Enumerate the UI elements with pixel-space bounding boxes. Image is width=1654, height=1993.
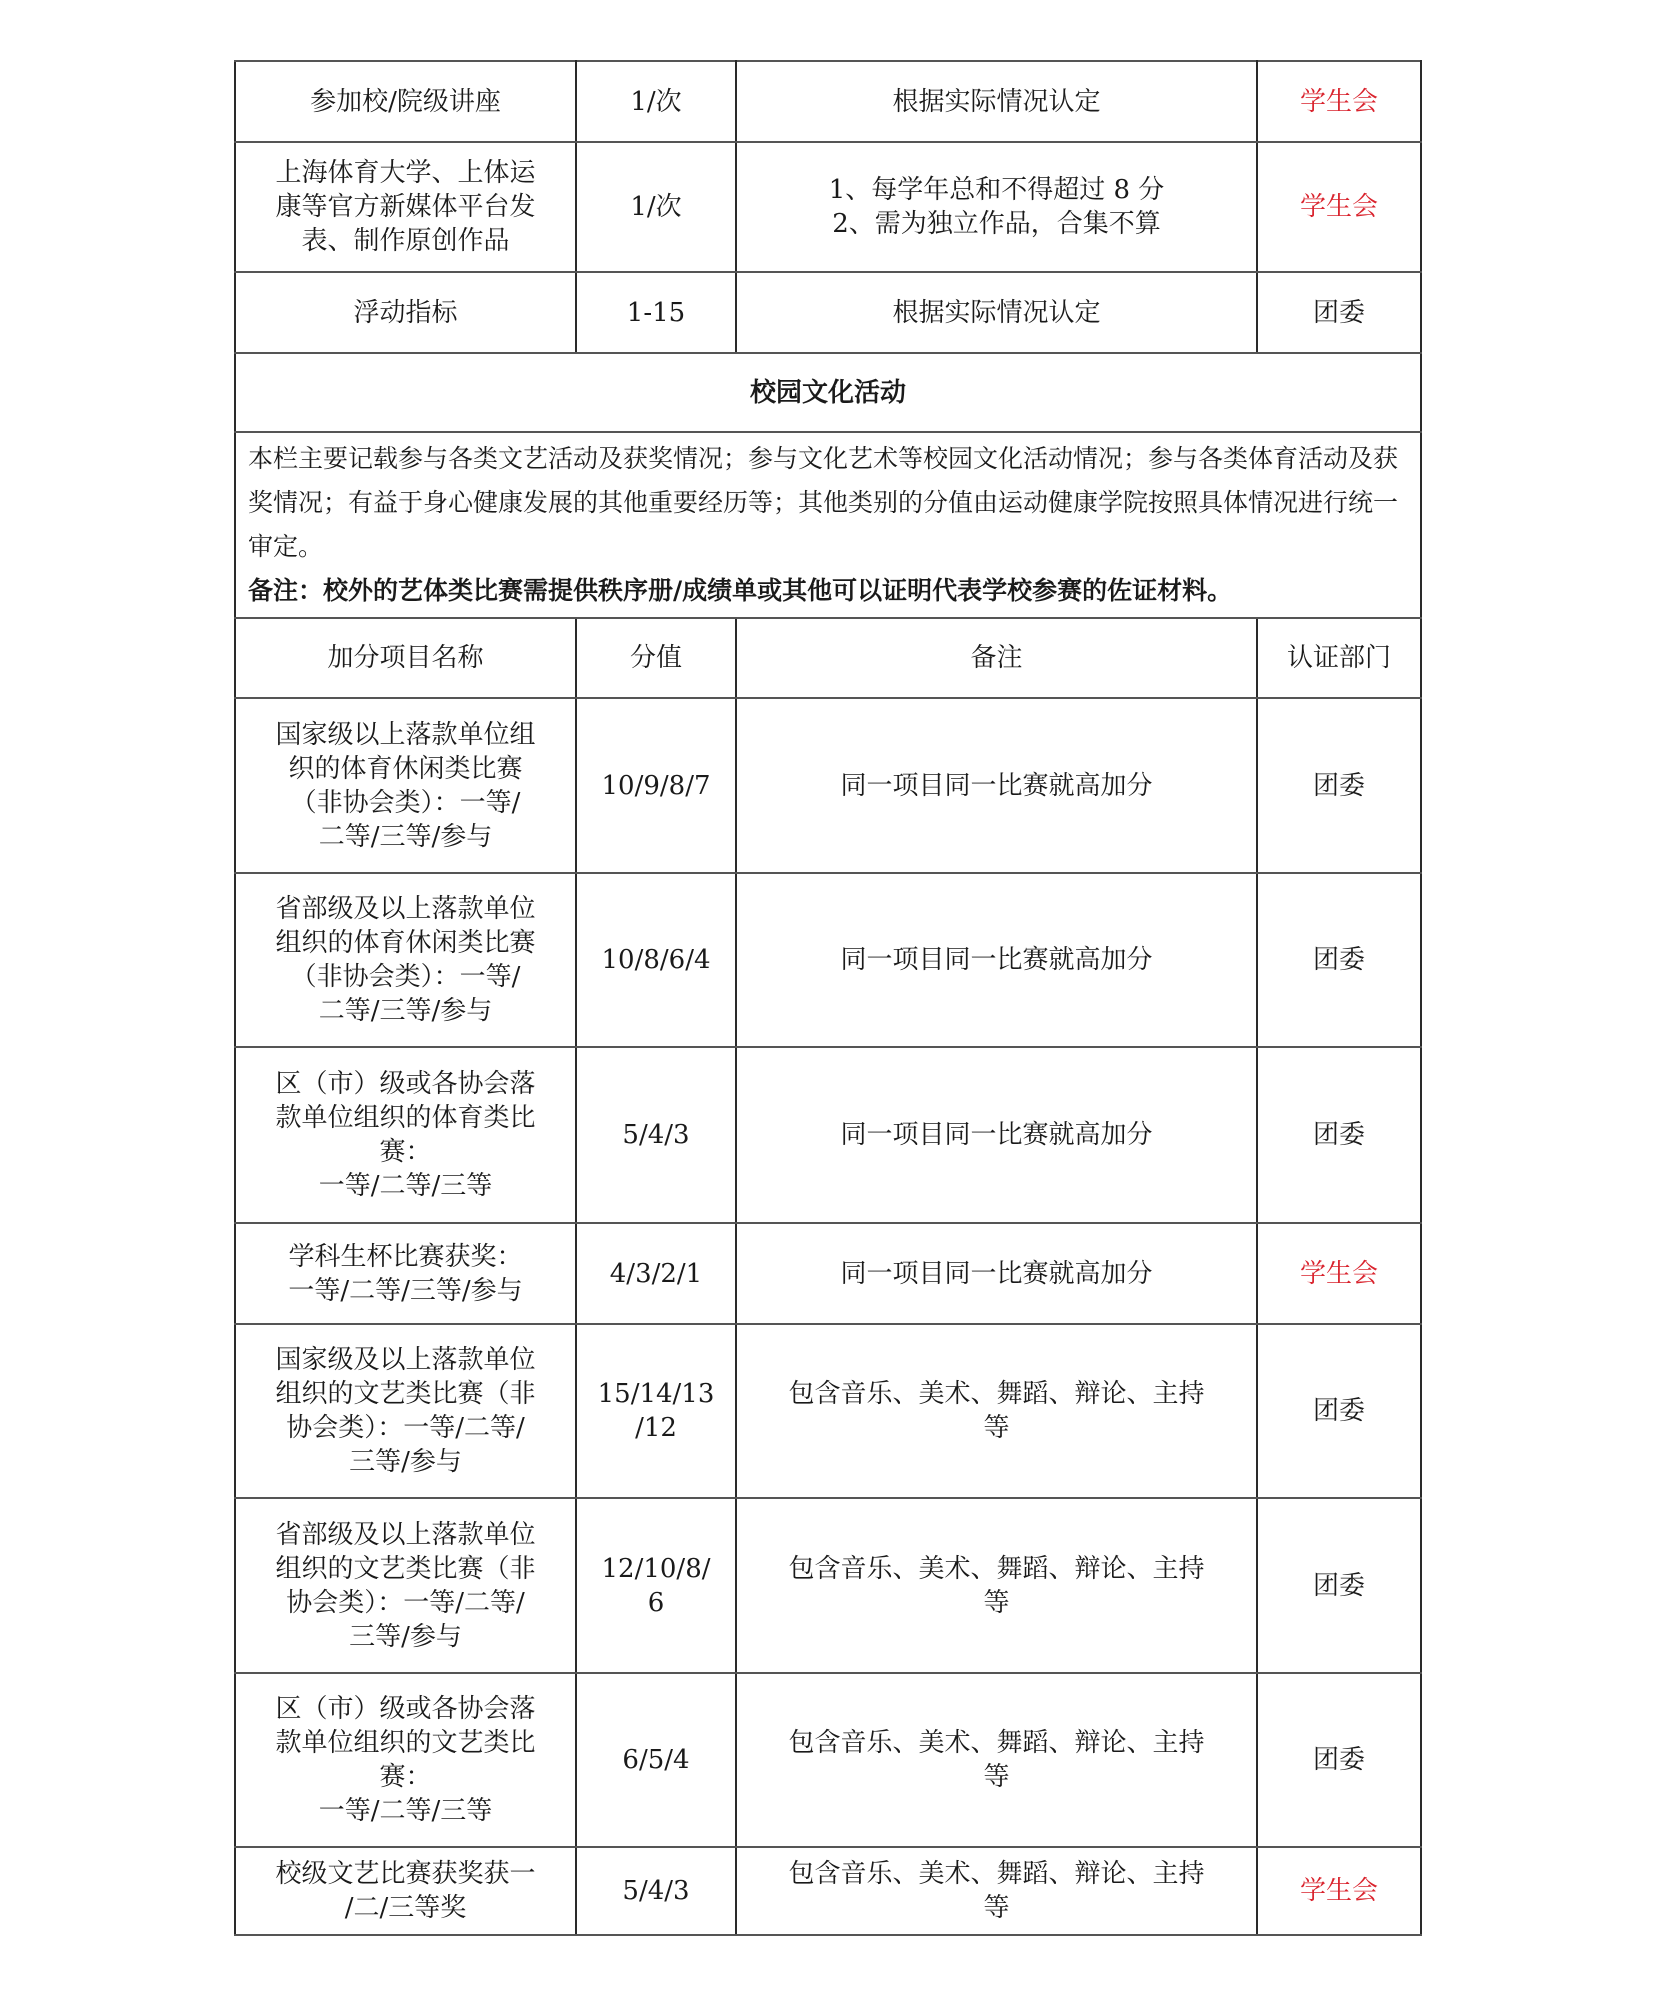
item-name-cell: 上海体育大学、上体运 康等官方新媒体平台发 表、制作原创作品 [235,142,576,272]
dept-cell: 学生会 [1257,61,1421,142]
note-cell: 包含音乐、美术、舞蹈、辩论、主持 等 [736,1324,1257,1498]
dept-cell: 团委 [1257,1498,1421,1673]
dept-cell: 团委 [1257,873,1421,1047]
score-cell: 15/14/13 /12 [576,1324,736,1498]
item-name-cell: 国家级以上落款单位组 织的体育休闲类比赛 （非协会类）：一等/ 二等/三等/参与 [235,698,576,873]
dept-cell: 学生会 [1257,1847,1421,1935]
header-name: 加分项目名称 [235,618,576,698]
note-cell: 同一项目同一比赛就高加分 [736,873,1257,1047]
header-score: 分值 [576,618,736,698]
table-row: 区（市）级或各协会落 款单位组织的文艺类比 赛： 一等/二等/三等 6/5/4 … [235,1673,1421,1847]
note-cell: 包含音乐、美术、舞蹈、辩论、主持 等 [736,1847,1257,1935]
dept-cell: 团委 [1257,698,1421,873]
score-cell: 4/3/2/1 [576,1223,736,1324]
item-name-cell: 省部级及以上落款单位 组织的体育休闲类比赛 （非协会类）：一等/ 二等/三等/参… [235,873,576,1047]
table-header-row: 加分项目名称 分值 备注 认证部门 [235,618,1421,698]
table-row: 校级文艺比赛获奖获一 /二/三等奖 5/4/3 包含音乐、美术、舞蹈、辩论、主持… [235,1847,1421,1935]
note-cell: 同一项目同一比赛就高加分 [736,698,1257,873]
dept-cell: 团委 [1257,1047,1421,1223]
section-title-row: 校园文化活动 [235,353,1421,432]
table-row: 省部级及以上落款单位 组织的体育休闲类比赛 （非协会类）：一等/ 二等/三等/参… [235,873,1421,1047]
score-cell: 5/4/3 [576,1047,736,1223]
table-row: 国家级及以上落款单位 组织的文艺类比赛（非 协会类）：一等/二等/ 三等/参与 … [235,1324,1421,1498]
section-remark: 备注：校外的艺体类比赛需提供秩序册/成绩单或其他可以证明代表学校参赛的佐证材料。 [248,569,1408,613]
note-cell: 1、每学年总和不得超过 8 分 2、需为独立作品，合集不算 [736,142,1257,272]
note-cell: 根据实际情况认定 [736,272,1257,353]
item-name-cell: 校级文艺比赛获奖获一 /二/三等奖 [235,1847,576,1935]
section-title: 校园文化活动 [235,353,1421,432]
score-cell: 1/次 [576,61,736,142]
table-row: 区（市）级或各协会落 款单位组织的体育类比 赛： 一等/二等/三等 5/4/3 … [235,1047,1421,1223]
dept-cell: 学生会 [1257,142,1421,272]
dept-cell: 学生会 [1257,1223,1421,1324]
score-cell: 5/4/3 [576,1847,736,1935]
score-cell: 10/8/6/4 [576,873,736,1047]
note-cell: 包含音乐、美术、舞蹈、辩论、主持 等 [736,1673,1257,1847]
note-cell: 同一项目同一比赛就高加分 [736,1047,1257,1223]
score-cell: 10/9/8/7 [576,698,736,873]
item-name-cell: 参加校/院级讲座 [235,61,576,142]
table-row: 浮动指标 1-15 根据实际情况认定 团委 [235,272,1421,353]
dept-cell: 团委 [1257,1673,1421,1847]
dept-cell: 团委 [1257,1324,1421,1498]
item-name-cell: 区（市）级或各协会落 款单位组织的体育类比 赛： 一等/二等/三等 [235,1047,576,1223]
bonus-points-table: 参加校/院级讲座 1/次 根据实际情况认定 学生会 上海体育大学、上体运 康等官… [234,60,1422,1936]
note-cell: 根据实际情况认定 [736,61,1257,142]
table-row: 省部级及以上落款单位 组织的文艺类比赛（非 协会类）：一等/二等/ 三等/参与 … [235,1498,1421,1673]
section-description-row: 本栏主要记载参与各类文艺活动及获奖情况；参与文化艺术等校园文化活动情况；参与各类… [235,432,1421,618]
item-name-cell: 省部级及以上落款单位 组织的文艺类比赛（非 协会类）：一等/二等/ 三等/参与 [235,1498,576,1673]
score-cell: 1-15 [576,272,736,353]
section-description-cell: 本栏主要记载参与各类文艺活动及获奖情况；参与文化艺术等校园文化活动情况；参与各类… [235,432,1421,618]
item-name-cell: 区（市）级或各协会落 款单位组织的文艺类比 赛： 一等/二等/三等 [235,1673,576,1847]
note-cell: 同一项目同一比赛就高加分 [736,1223,1257,1324]
section-description: 本栏主要记载参与各类文艺活动及获奖情况；参与文化艺术等校园文化活动情况；参与各类… [248,444,1398,561]
item-name-cell: 浮动指标 [235,272,576,353]
dept-cell: 团委 [1257,272,1421,353]
score-cell: 1/次 [576,142,736,272]
note-cell: 包含音乐、美术、舞蹈、辩论、主持 等 [736,1498,1257,1673]
table-row: 参加校/院级讲座 1/次 根据实际情况认定 学生会 [235,61,1421,142]
header-note: 备注 [736,618,1257,698]
item-name-cell: 国家级及以上落款单位 组织的文艺类比赛（非 协会类）：一等/二等/ 三等/参与 [235,1324,576,1498]
score-cell: 12/10/8/ 6 [576,1498,736,1673]
score-cell: 6/5/4 [576,1673,736,1847]
table-row: 学科生杯比赛获奖： 一等/二等/三等/参与 4/3/2/1 同一项目同一比赛就高… [235,1223,1421,1324]
item-name-cell: 学科生杯比赛获奖： 一等/二等/三等/参与 [235,1223,576,1324]
table-row: 国家级以上落款单位组 织的体育休闲类比赛 （非协会类）：一等/ 二等/三等/参与… [235,698,1421,873]
header-dept: 认证部门 [1257,618,1421,698]
table-row: 上海体育大学、上体运 康等官方新媒体平台发 表、制作原创作品 1/次 1、每学年… [235,142,1421,272]
